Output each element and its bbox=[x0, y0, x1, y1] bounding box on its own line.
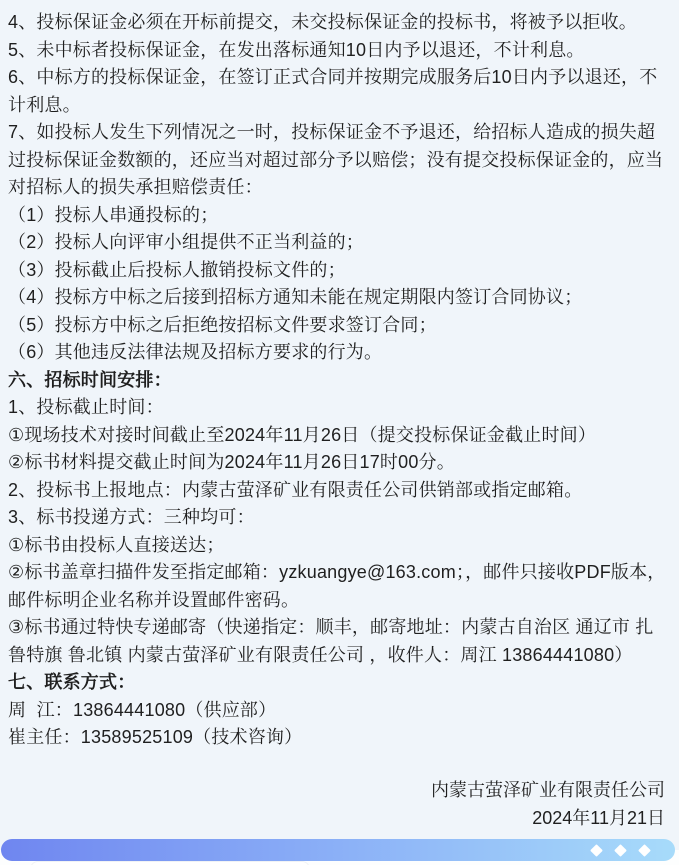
paragraph: 7、如投标人发生下列情况之一时，投标保证金不予退还，给招标人造成的损失超过投标保… bbox=[8, 119, 669, 202]
paragraph: （5）投标方中标之后拒绝按招标文件要求签订合同； bbox=[8, 312, 669, 340]
paragraph: ②标书材料提交截止时间为2024年11月26日17时00分。 bbox=[8, 449, 669, 477]
paragraph: ③标书通过特快专递邮寄（快递指定：顺丰，邮寄地址：内蒙古自治区 通辽市 扎鲁特旗… bbox=[8, 614, 669, 669]
paragraph: ①现场技术对接时间截止至2024年11月26日（提交投标保证金截止时间） bbox=[8, 422, 669, 450]
next-card-top-edge bbox=[30, 861, 310, 865]
diamond-icon bbox=[638, 844, 651, 857]
paragraph: （1）投标人串通投标的； bbox=[8, 202, 669, 230]
section-heading: 七、联系方式： bbox=[8, 669, 669, 697]
paragraph: 5、未中标者投标保证金，在发出落标通知10日内予以退还，不计利息。 bbox=[8, 37, 669, 65]
document-body: 4、投标保证金必须在开标前提交，未交投标保证金的投标书，将被予以拒收。5、未中标… bbox=[0, 0, 679, 752]
paragraph: 周 江：13864441080（供应部） bbox=[8, 697, 669, 725]
paragraph: （3）投标截止后投标人撤销投标文件的； bbox=[8, 257, 669, 285]
paragraph: （4）投标方中标之后接到招标方通知未能在规定期限内签订合同协议； bbox=[8, 284, 669, 312]
paragraph: ①标书由投标人直接送达； bbox=[8, 532, 669, 560]
paragraph: （2）投标人向评审小组提供不正当利益的； bbox=[8, 229, 669, 257]
paragraph: 崔主任：13589525109（技术咨询） bbox=[8, 724, 669, 752]
diamond-icon bbox=[590, 844, 603, 857]
paragraph: 4、投标保证金必须在开标前提交，未交投标保证金的投标书，将被予以拒收。 bbox=[8, 9, 669, 37]
paragraph: ②标书盖章扫描件发至指定邮箱：yzkuangye@163.com；，邮件只接收P… bbox=[8, 559, 669, 614]
signature-company: 内蒙古萤泽矿业有限责任公司 bbox=[0, 776, 665, 804]
paragraph: 6、中标方的投标保证金，在签订正式合同并按期完成服务后10日内予以退还，不计利息… bbox=[8, 64, 669, 119]
paragraph: 3、标书投递方式：三种均可： bbox=[8, 504, 669, 532]
signature-block: 内蒙古萤泽矿业有限责任公司 2024年11月21日 bbox=[0, 776, 679, 832]
paragraph: 1、投标截止时间： bbox=[8, 394, 669, 422]
footer-decoration-bar bbox=[1, 839, 675, 861]
signature-date: 2024年11月21日 bbox=[0, 804, 665, 832]
tender-announcement-page: 4、投标保证金必须在开标前提交，未交投标保证金的投标书，将被予以拒收。5、未中标… bbox=[0, 0, 679, 865]
paragraph: 2、投标书上报地点：内蒙古萤泽矿业有限责任公司供销部或指定邮箱。 bbox=[8, 477, 669, 505]
paragraph: （6）其他违反法律法规及招标方要求的行为。 bbox=[8, 339, 669, 367]
section-heading: 六、招标时间安排： bbox=[8, 367, 669, 395]
diamond-icon bbox=[614, 844, 627, 857]
